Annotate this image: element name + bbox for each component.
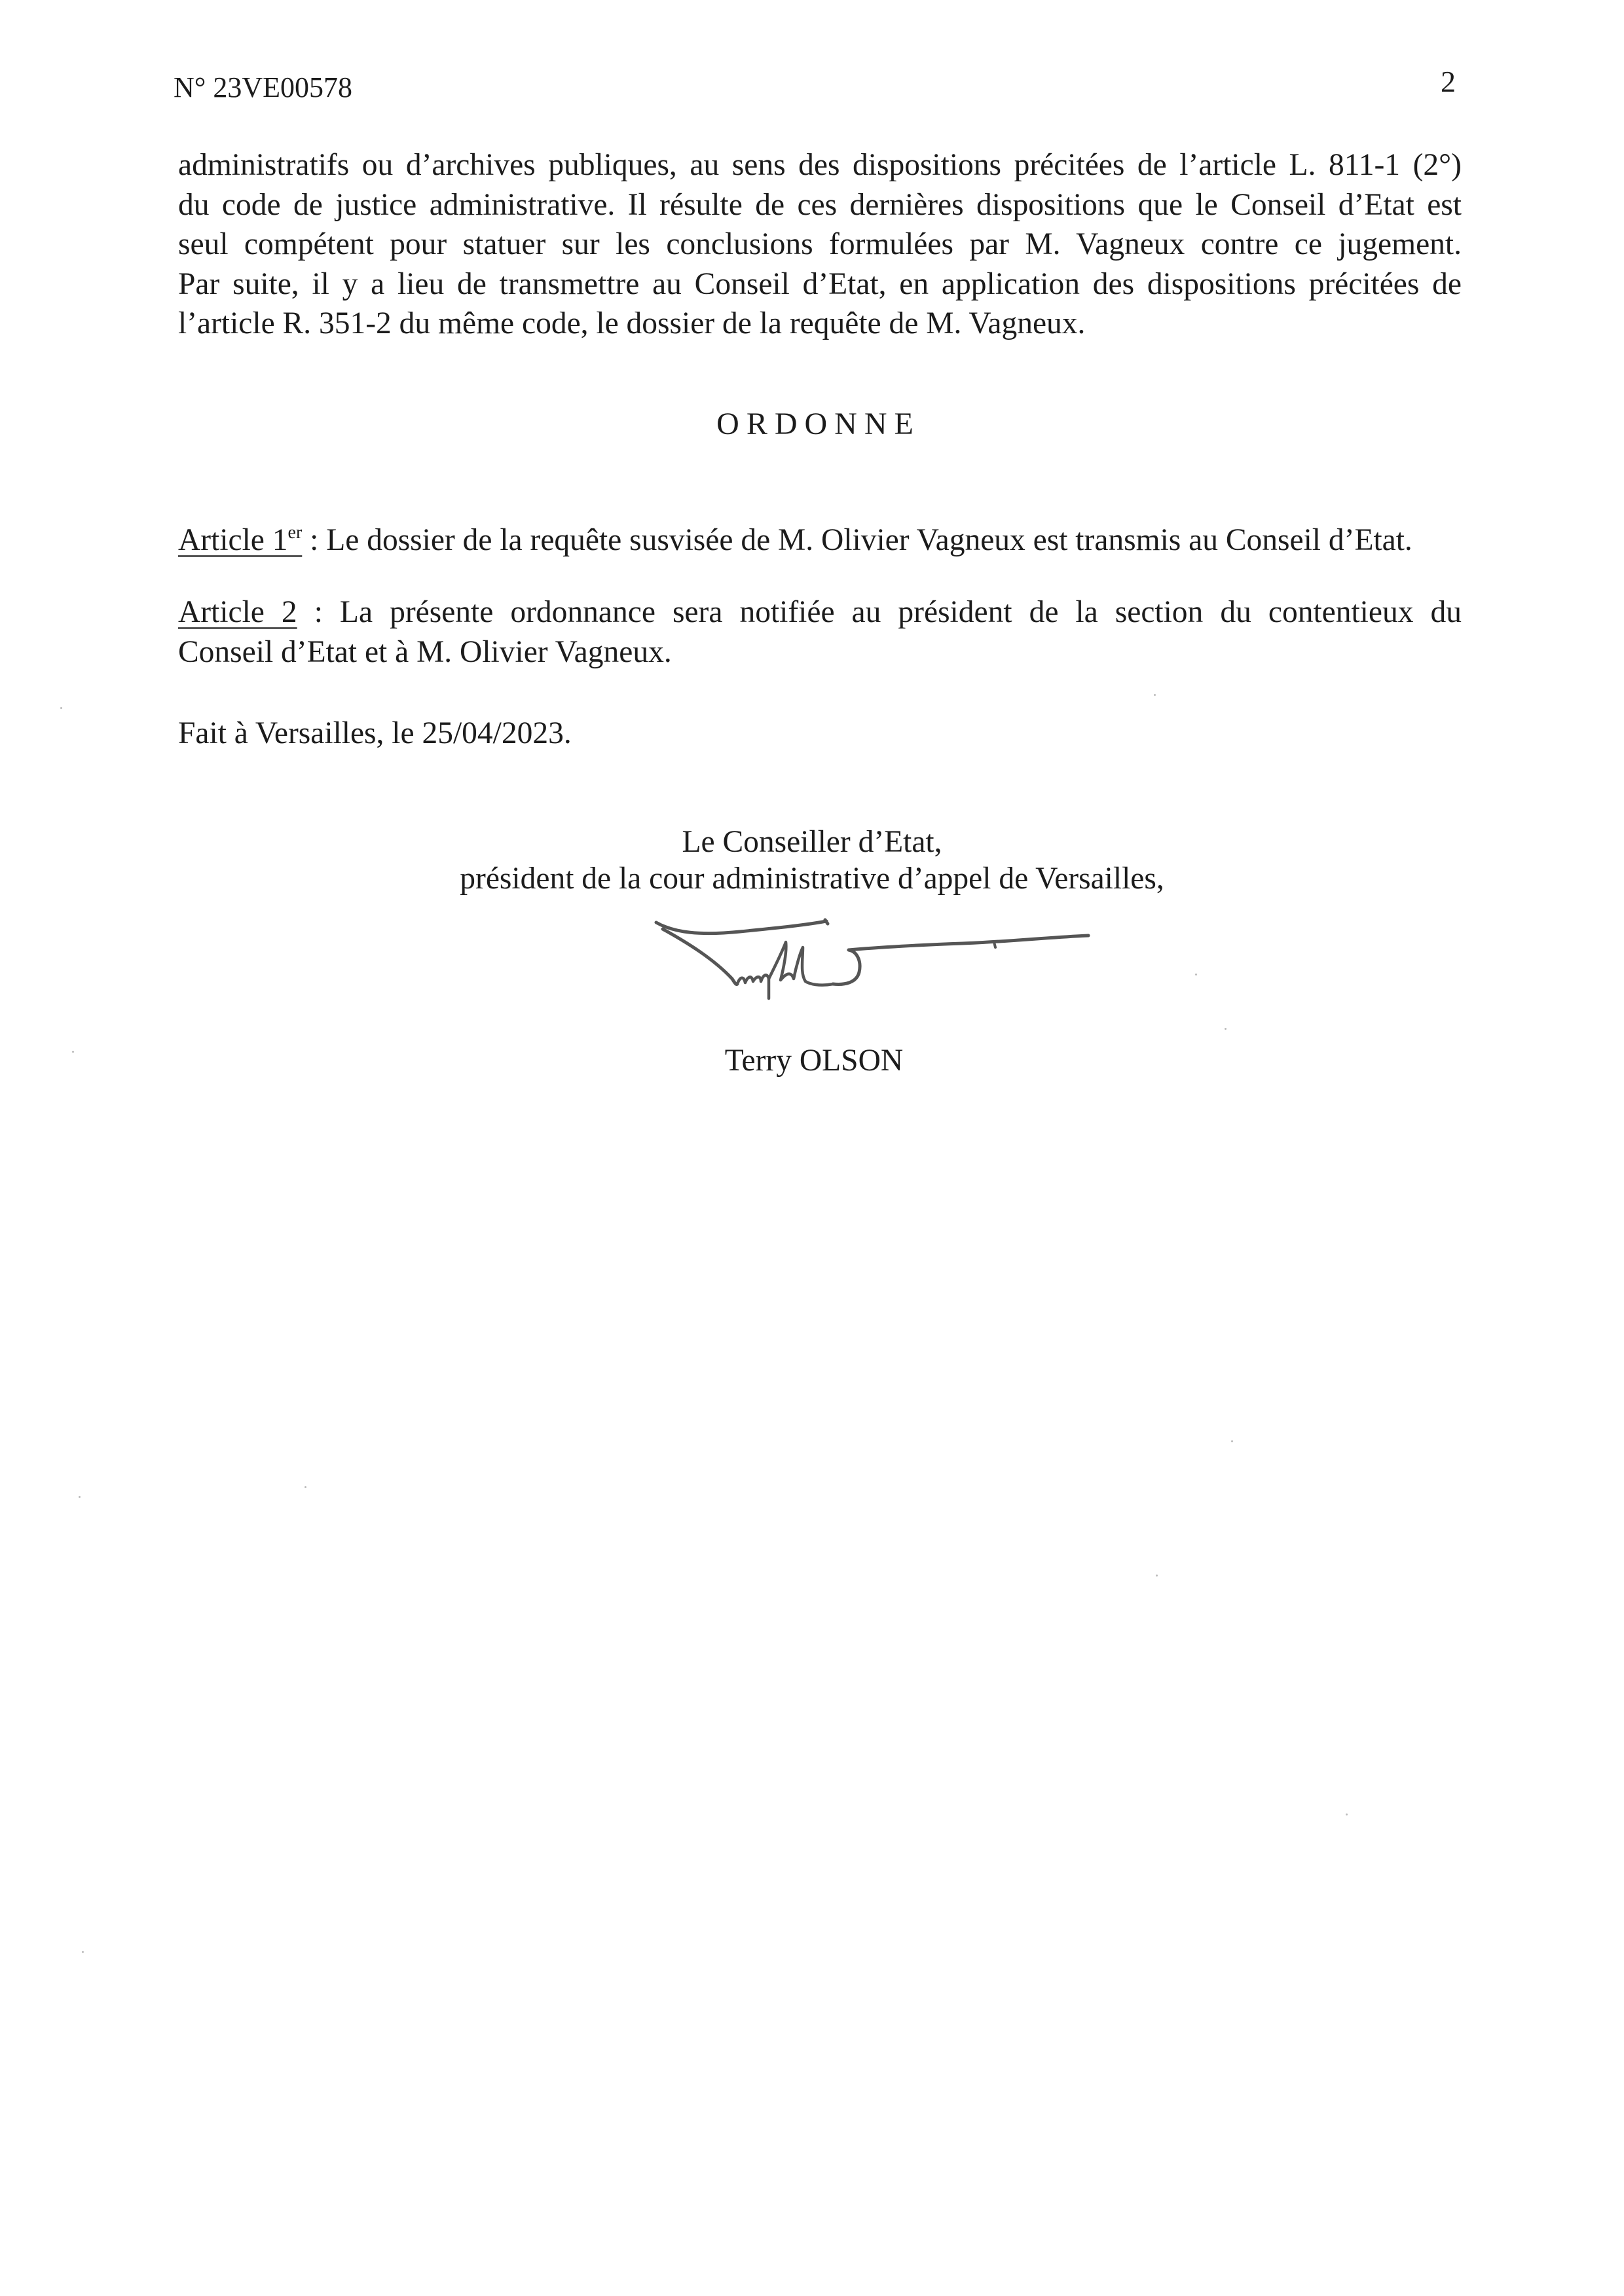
article-1: Article 1er : Le dossier de la requête s… xyxy=(178,520,1462,560)
scan-speck xyxy=(1156,1575,1158,1576)
scan-speck xyxy=(1346,1813,1348,1815)
article-label-text: Article 1 xyxy=(178,523,288,557)
scan-speck xyxy=(304,1486,306,1488)
article-line: Article 2 : La présente ordonnance sera … xyxy=(178,592,1462,632)
article-line: Conseil d’Etat et à M. Olivier Vagneux. xyxy=(178,632,1462,672)
reasoning-paragraph: administratifs ou d’archives publiques, … xyxy=(178,145,1462,344)
signatory-title-line-2: président de la cour administrative d’ap… xyxy=(419,860,1205,897)
scan-speck xyxy=(1225,1028,1227,1030)
scan-speck xyxy=(1195,974,1197,975)
handwritten-signature-icon xyxy=(648,913,1100,1005)
scan-speck xyxy=(1154,694,1156,696)
scan-speck xyxy=(1231,1440,1233,1442)
page-number: 2 xyxy=(1441,64,1456,99)
article-label: Article 1er xyxy=(178,523,302,557)
article-label: Article 2 xyxy=(178,595,297,629)
article-text: : La présente ordonnance sera notifiée a… xyxy=(297,595,1462,629)
signer-name: Terry OLSON xyxy=(0,1043,1624,1078)
paragraph-line: l’article R. 351-2 du même code, le doss… xyxy=(178,304,1462,344)
article-line: Article 1er : Le dossier de la requête s… xyxy=(178,520,1462,560)
article-text: : Le dossier de la requête susvisée de M… xyxy=(302,523,1412,557)
scan-speck xyxy=(72,1051,74,1053)
article-label-superscript: er xyxy=(288,522,303,543)
place-and-date: Fait à Versailles, le 25/04/2023. xyxy=(178,714,572,754)
paragraph-line: administratifs ou d’archives publiques, … xyxy=(178,145,1462,185)
scan-speck xyxy=(79,1496,81,1498)
article-2: Article 2 : La présente ordonnance sera … xyxy=(178,592,1462,672)
signatory-title-line-1: Le Conseiller d’Etat, xyxy=(419,824,1205,860)
scan-speck xyxy=(82,1951,84,1953)
case-number: N° 23VE00578 xyxy=(174,71,352,104)
scan-speck xyxy=(60,707,62,709)
paragraph-line: du code de justice administrative. Il ré… xyxy=(178,185,1462,225)
paragraph-line: seul compétent pour statuer sur les conc… xyxy=(178,225,1462,264)
document-page: N° 23VE00578 2 administratifs ou d’archi… xyxy=(0,0,1624,2296)
paragraph-line: Par suite, il y a lieu de transmettre au… xyxy=(178,264,1462,304)
ordonne-heading: ORDONNE xyxy=(0,406,1624,442)
signatory-title: Le Conseiller d’Etat, président de la co… xyxy=(419,824,1205,897)
